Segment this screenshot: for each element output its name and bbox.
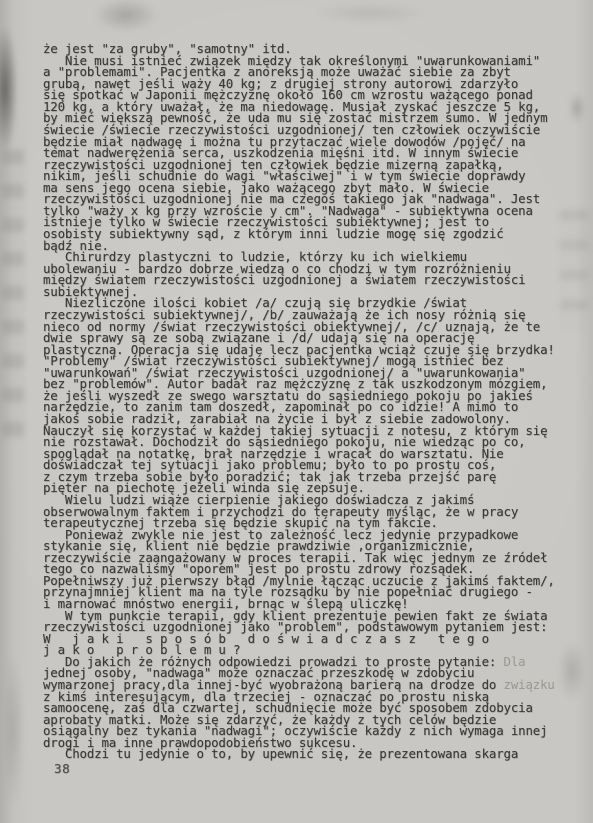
- ink-smudge: [0, 14, 20, 164]
- faded-text: związku: [504, 677, 555, 692]
- ink-smudge: [2, 150, 24, 440]
- ink-smudge: [0, 640, 26, 820]
- text-line: osobisty subiektywny sąd, z którym inni …: [43, 228, 583, 240]
- ink-smudge: [300, 0, 440, 26]
- page-text: że jest "za gruby", "samotny" itd. Nie m…: [43, 43, 583, 760]
- text-segment: Chodzi tu jedynie o to, by upewnić się, …: [43, 746, 518, 761]
- scanned-page: że jest "za gruby", "samotny" itd. Nie m…: [0, 0, 593, 823]
- faded-text: Dla: [504, 654, 526, 669]
- page-number: 38: [54, 761, 70, 776]
- text-line: Chodzi tu jedynie o to, by upewnić się, …: [43, 748, 583, 760]
- ink-smudge: [86, 0, 166, 36]
- text-segment: osobisty subiektywny sąd, z którym inni …: [43, 226, 504, 241]
